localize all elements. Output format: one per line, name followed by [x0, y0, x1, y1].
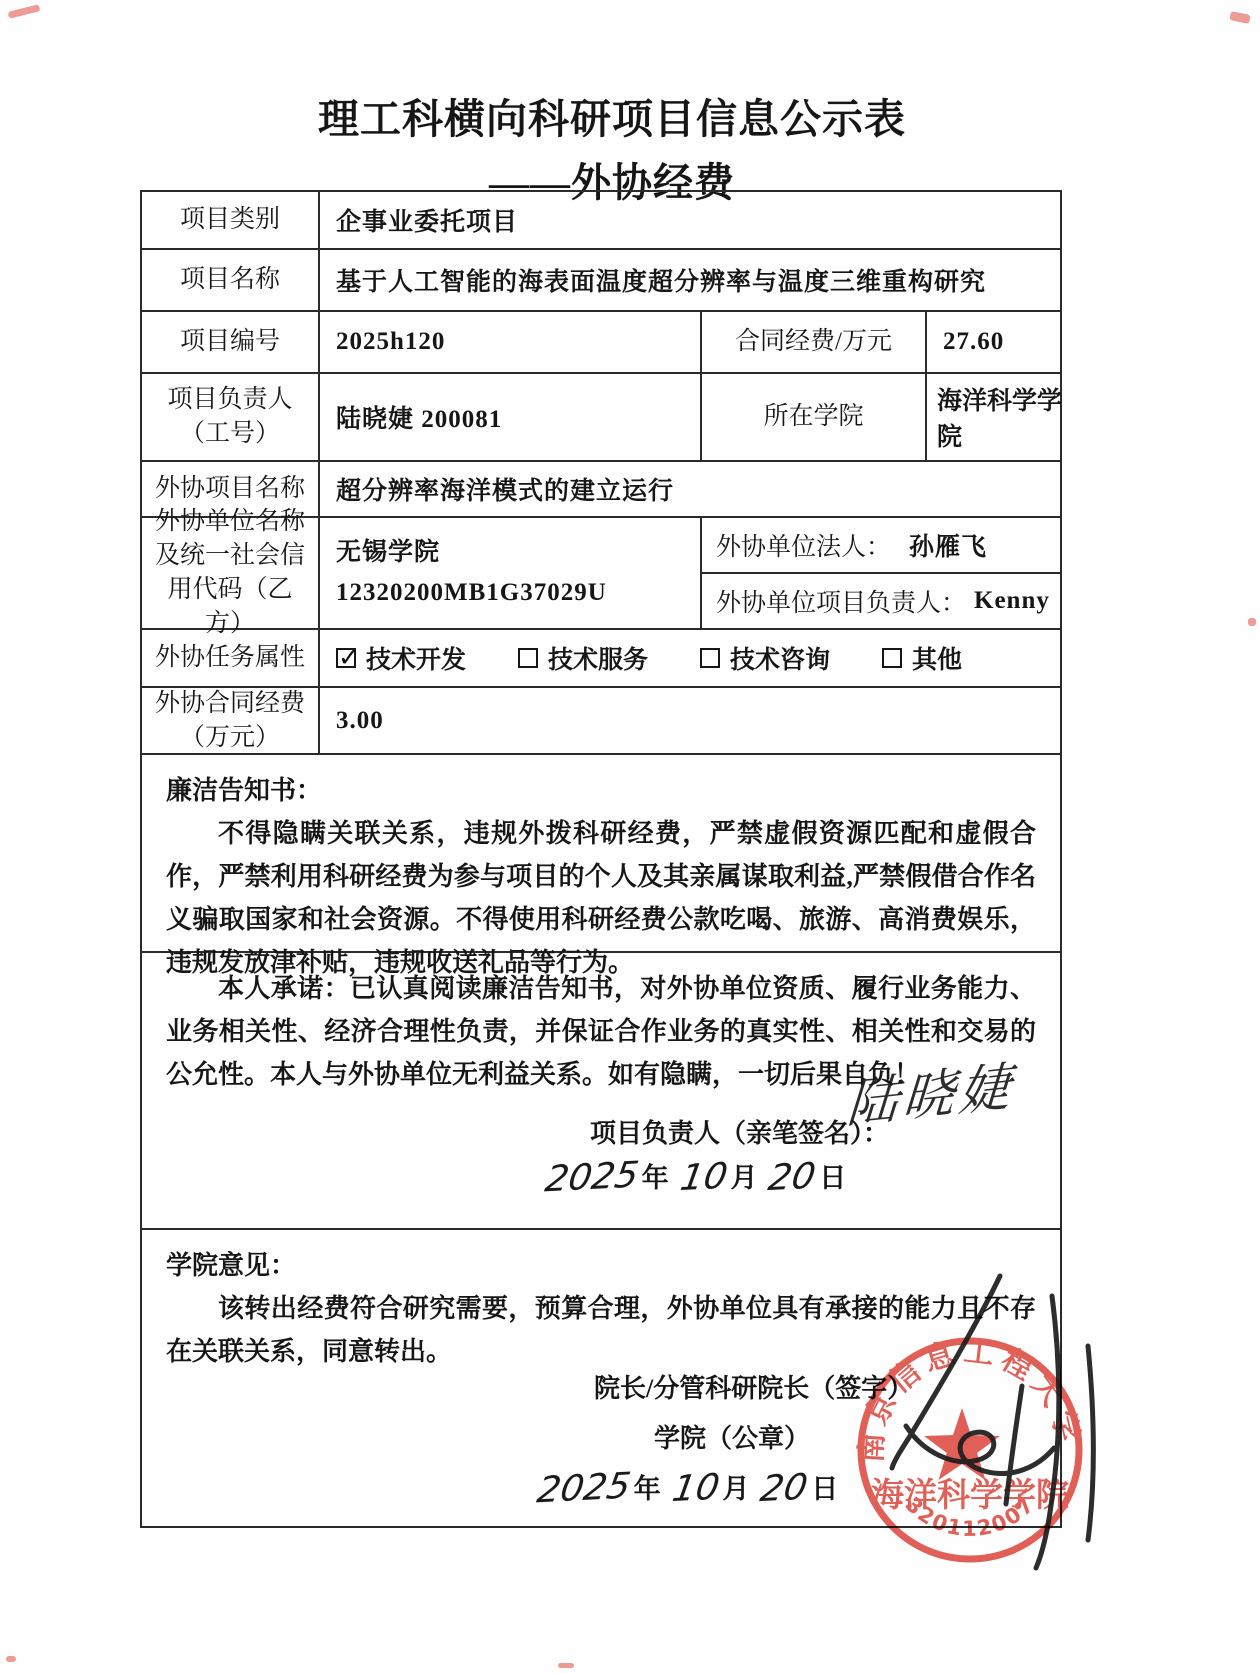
project-category-value: 企事业委托项目 [320, 192, 1060, 248]
checkbox-empty-icon [518, 648, 538, 668]
row-out-unit: 外协单位名称及统一社会信用代码（乙方） 无锡学院 12320200MB1G370… [142, 518, 1060, 630]
pi-label: 项目负责人 （工号） [142, 374, 320, 460]
pi-sign-date: 2025年10月20日 [542, 1155, 846, 1196]
row-task-attr: 外协任务属性 技术开发 技术服务 技术咨询 其他 [142, 630, 1060, 688]
out-unit-label: 外协单位名称及统一社会信用代码（乙方） [142, 518, 320, 628]
page-title: 理工科横向科研项目信息公示表 [0, 86, 1224, 145]
out-unit-pm-label: 外协单位项目负责人： [716, 583, 966, 619]
project-category-label: 项目类别 [142, 192, 320, 248]
out-project-value: 超分辨率海洋模式的建立运行 [320, 462, 1060, 516]
college-opinion-body: 该转出经费符合研究需要，预算合理，外协单位具有承接的能力且不存在关联关系，同意转… [166, 1287, 1036, 1373]
out-unit-legal: 外协单位法人： 孙雁飞 [702, 518, 1060, 574]
task-option-service: 技术服务 [518, 640, 648, 676]
contract-fund-value: 27.60 [927, 312, 1064, 372]
row-pi: 项目负责人 （工号） 陆晓婕 200081 所在学院 海洋科学学院 [142, 374, 1060, 462]
scan-artifact [1248, 618, 1256, 626]
scanned-form-page: 理工科横向科研项目信息公示表 ——外协经费 项目类别 企事业委托项目 项目名称 … [0, 0, 1260, 1673]
dean-sign-label: 院长/分管科研院长（签字） [594, 1368, 913, 1405]
task-attr-options: 技术开发 技术服务 技术咨询 其他 [320, 630, 1060, 686]
scan-artifact [1229, 11, 1250, 24]
row-project-name: 项目名称 基于人工智能的海表面温度超分辨率与温度三维重构研究 [142, 250, 1060, 312]
out-unit-value: 无锡学院 12320200MB1G37029U [320, 518, 702, 628]
star-icon [924, 1408, 1000, 1480]
stamp-college-text: 海洋科学学院 [871, 1477, 1069, 1514]
college-label: 所在学院 [702, 374, 927, 460]
task-option-dev: 技术开发 [336, 640, 466, 676]
college-opinion-date: 2025年10月20日 [534, 1466, 838, 1507]
commitment-section: 本人承诺：已认真阅读廉洁告知书，对外协单位资质、履行业务能力、业务相关性、经济合… [142, 953, 1060, 1230]
integrity-notice-section: 廉洁告知书： 不得隐瞒关联关系，违规外拨科研经费，严禁虚假资源匹配和虚假合作，严… [142, 755, 1060, 953]
checkbox-empty-icon [882, 648, 902, 668]
out-unit-legal-value: 孙雁飞 [909, 527, 987, 563]
contract-fund-label: 合同经费/万元 [702, 312, 927, 372]
college-opinion-section: 学院意见： 该转出经费符合研究需要，预算合理，外协单位具有承接的能力且不存在关联… [142, 1230, 1060, 1528]
pi-value: 陆晓婕 200081 [320, 374, 702, 460]
checkbox-empty-icon [700, 648, 720, 668]
college-value: 海洋科学学院 [927, 374, 1064, 460]
out-fund-label: 外协合同经费 （万元） [142, 688, 320, 753]
out-unit-pm: 外协单位项目负责人： Kenny [702, 574, 1060, 628]
college-seal-label: 学院（公章） [654, 1418, 810, 1455]
row-out-fund: 外协合同经费 （万元） 3.00 [142, 688, 1060, 755]
project-no-label: 项目编号 [142, 312, 320, 372]
task-option-other: 其他 [882, 640, 962, 676]
row-project-category: 项目类别 企事业委托项目 [142, 192, 1060, 250]
task-option-consult: 技术咨询 [700, 640, 830, 676]
scan-artifact [8, 4, 41, 19]
out-unit-legal-label: 外协单位法人： [716, 527, 891, 563]
project-name-label: 项目名称 [142, 250, 320, 310]
project-info-table: 项目类别 企事业委托项目 项目名称 基于人工智能的海表面温度超分辨率与温度三维重… [140, 190, 1062, 1528]
task-attr-label: 外协任务属性 [142, 630, 320, 686]
out-unit-contacts: 外协单位法人： 孙雁飞 外协单位项目负责人： Kenny [702, 518, 1060, 628]
row-project-no: 项目编号 2025h120 合同经费/万元 27.60 [142, 312, 1060, 374]
college-opinion-heading: 学院意见： [166, 1244, 1036, 1287]
project-name-value: 基于人工智能的海表面温度超分辨率与温度三维重构研究 [320, 250, 1060, 310]
scan-artifact [6, 1656, 16, 1662]
project-no-value: 2025h120 [320, 312, 702, 372]
out-fund-value: 3.00 [320, 688, 1060, 753]
integrity-heading: 廉洁告知书： [166, 769, 1036, 812]
scan-artifact [558, 1663, 574, 1668]
checkbox-checked-icon [336, 648, 356, 668]
out-unit-pm-value: Kenny [974, 587, 1050, 615]
